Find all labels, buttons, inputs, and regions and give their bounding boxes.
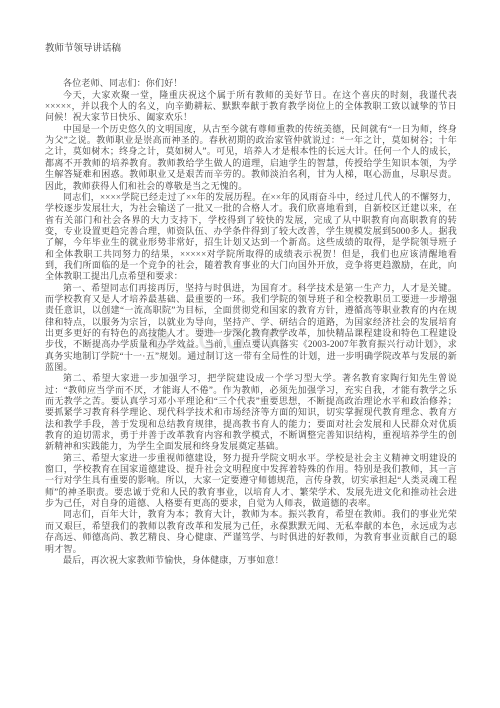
paragraph: 第二、希望大家进一步加强学习，把学院建设成一个学习型大学。著名教育家陶行知先生曾…: [45, 373, 457, 452]
paragraph: 最后，再次祝大家教师节愉快，身体健康，万事如意！: [45, 555, 457, 566]
document-page: e.com 教师节领导讲话稿 各位老师、同志们：你们好！ 今天，大家欢聚一堂，隆…: [0, 0, 500, 708]
paragraph: 今天，大家欢聚一堂，隆重庆祝这个属于所有教师的美好节日。在这个喜庆的时刻，我谨代…: [45, 90, 457, 124]
paragraph: 同志们，百年大计，教育为本；教育大计，教师为本。振兴教育，希望在教师。我们的事业…: [45, 509, 457, 554]
document-title: 教师节领导讲话稿: [45, 44, 457, 55]
paragraph: 第一、希望同志们再接再厉，坚持与时俱进，为国育才。科学技术是第一生产力，人才是关…: [45, 283, 457, 374]
paragraph: 中国是一个历史悠久的文明国度，从古至今就有尊师重教的传统美德，民间就有“一日为师…: [45, 124, 457, 192]
greeting-line: 各位老师、同志们：你们好！: [45, 78, 457, 89]
paragraph: 第三、希望大家进一步重视师德建设，努力提升学院文明水平。学校是社会主义精神文明建…: [45, 453, 457, 510]
paragraph: 同志们，××××学院已经走过了××年的发展历程。在××年的风雨奋斗中，经过几代人…: [45, 192, 457, 283]
document-body: 各位老师、同志们：你们好！ 今天，大家欢聚一堂，隆重庆祝这个属于所有教师的美好节…: [45, 78, 457, 566]
